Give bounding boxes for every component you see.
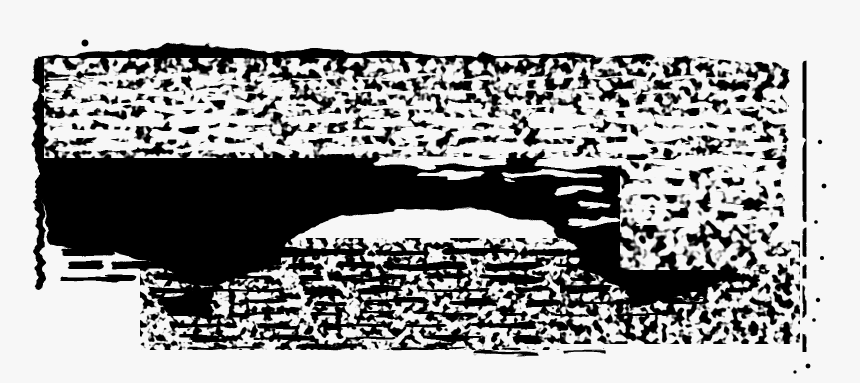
grunge-texture-figure: [0, 0, 860, 383]
grunge-texture-image: [0, 0, 860, 383]
right-edge-bar: [803, 66, 806, 356]
page-background: [0, 0, 860, 383]
